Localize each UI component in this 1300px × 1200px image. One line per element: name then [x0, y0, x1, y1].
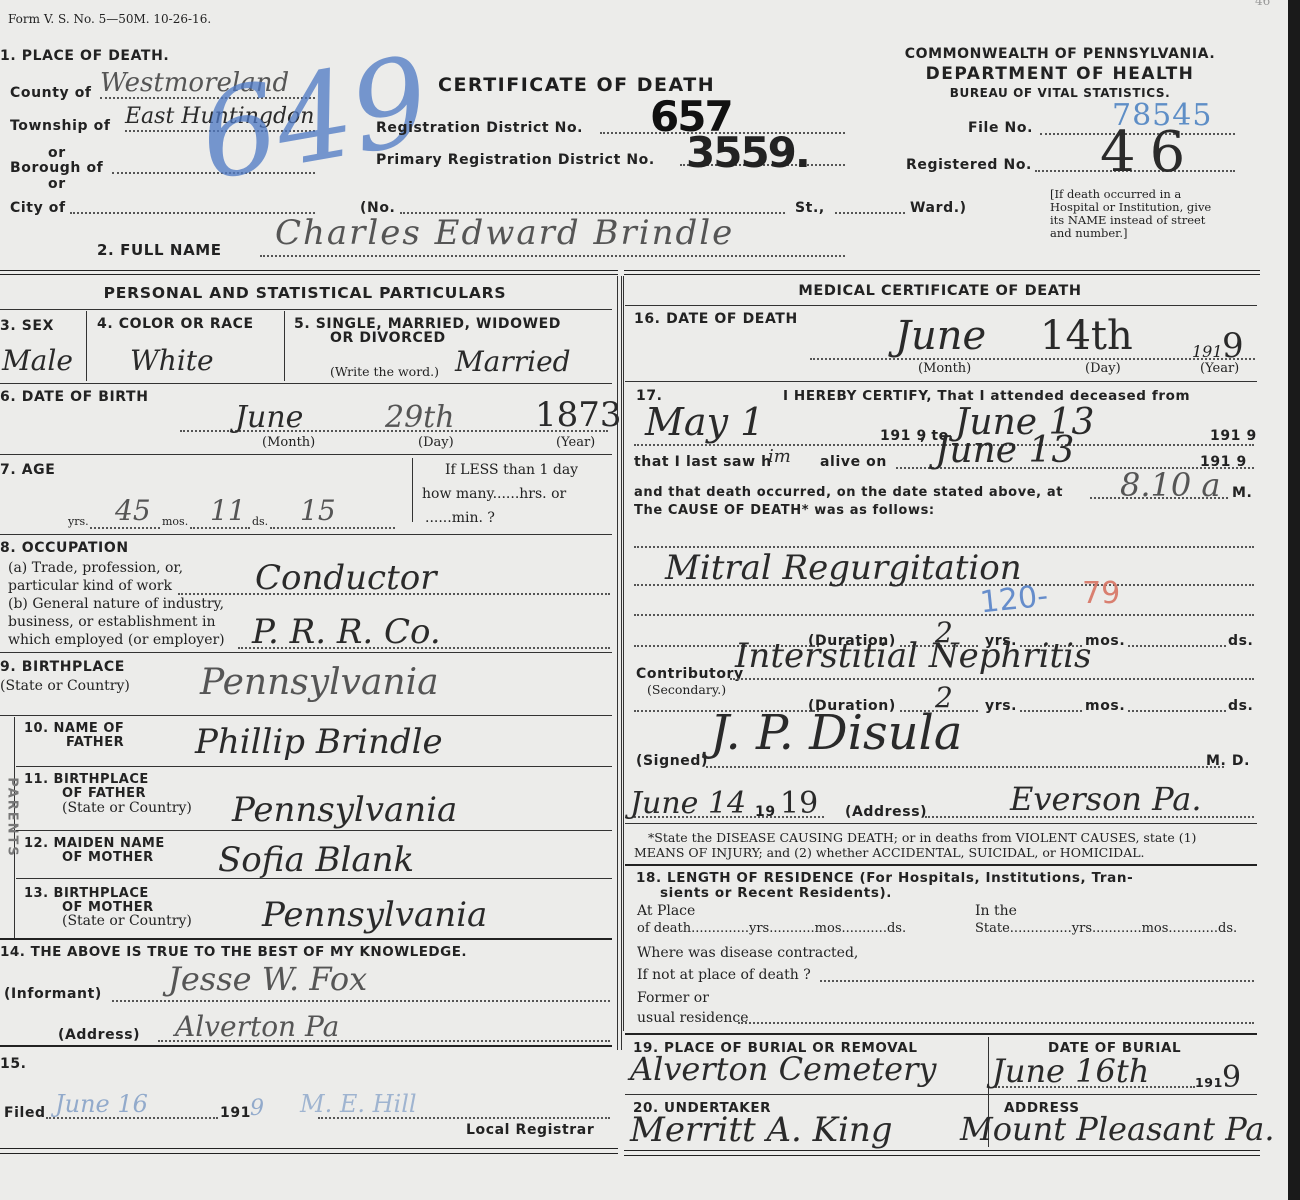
death-certificate: Form V. S. No. 5—50M. 10-26-16. 1. PLACE…	[0, 0, 1288, 1200]
mother-name-value[interactable]: Sofia Blank	[218, 840, 414, 880]
father-name-label-2: FATHER	[66, 735, 124, 750]
former-residence-label-2: usual residence	[637, 1010, 749, 1026]
father-birthplace-value[interactable]: Pennsylvania	[232, 790, 457, 830]
father-birthplace-label-1: 11. BIRTHPLACE	[24, 772, 149, 787]
cause-label: The CAUSE OF DEATH* was as follows:	[634, 503, 935, 518]
mother-name-label-1: 12. MAIDEN NAME	[24, 836, 165, 851]
at-place-label-2[interactable]: of death..............yrs...........mos.…	[637, 921, 906, 936]
ward-label: Ward.)	[910, 200, 967, 216]
mother-birthplace-hint: (State or Country)	[62, 913, 192, 929]
township-label: Township of	[10, 118, 111, 134]
last-saw-label: that I last saw h	[634, 454, 772, 470]
contracted-label-1: Where was disease contracted,	[637, 945, 858, 961]
full-name-value[interactable]: Charles Edward Brindle	[275, 213, 734, 253]
father-birthplace-hint: (State or Country)	[62, 800, 192, 816]
dod-day[interactable]: 14th	[1040, 313, 1133, 359]
residence-label-1: 18. LENGTH OF RESIDENCE (For Hospitals, …	[636, 870, 1133, 886]
physician-address[interactable]: Everson Pa.	[1010, 780, 1201, 818]
race-label: 4. COLOR OR RACE	[97, 316, 254, 332]
burial-date-value[interactable]: June 16th	[992, 1052, 1149, 1090]
age-days[interactable]: 15	[300, 494, 336, 527]
occupation-b-label-2: business, or establishment in	[8, 614, 216, 630]
occupation-label: 8. OCCUPATION	[0, 540, 129, 556]
father-birthplace-label-2: OF FATHER	[62, 786, 146, 801]
md-label: M. D.	[1206, 753, 1250, 769]
mother-birthplace-label-1: 13. BIRTHPLACE	[24, 886, 149, 901]
informant-address-label: (Address)	[58, 1027, 140, 1043]
marital-hint: (Write the word.)	[330, 364, 439, 379]
primary-ds-caption: ds.	[1228, 633, 1253, 649]
at-place-label-1: At Place	[637, 903, 695, 919]
signed-year-prefix: 19	[755, 804, 776, 820]
or-text: or	[48, 145, 66, 161]
hospital-note: [If death occurred in a Hospital or Inst…	[1050, 188, 1220, 240]
physician-signature[interactable]: J. P. Disula	[710, 705, 962, 761]
dob-day[interactable]: 29th	[385, 400, 455, 435]
parents-side-label: PARENTS	[5, 777, 20, 857]
burial-year-suffix[interactable]: 9	[1222, 1060, 1241, 1095]
dob-label: 6. DATE OF BIRTH	[0, 389, 149, 405]
signed-date[interactable]: June 14	[630, 786, 746, 821]
month-caption: (Month)	[262, 435, 315, 450]
occupation-b-label-3: which employed (or employer)	[8, 632, 225, 648]
birthplace-hint: (State or Country)	[0, 678, 130, 694]
form-id: Form V. S. No. 5—50M. 10-26-16.	[8, 12, 211, 26]
in-state-label-2[interactable]: State...............yrs............mos..…	[975, 921, 1237, 936]
section-15-label: 15.	[0, 1056, 27, 1072]
footnote-2: MEANS OF INJURY; and (2) whether ACCIDEN…	[634, 845, 1145, 860]
place-of-death-heading: 1. PLACE OF DEATH.	[0, 48, 169, 64]
filed-date-value[interactable]: June 16	[55, 1090, 148, 1118]
employer-value[interactable]: P. R. R. Co.	[252, 612, 441, 652]
race-value[interactable]: White	[130, 344, 214, 377]
less-than-day-1: If LESS than 1 day	[445, 462, 578, 478]
cause-contributory[interactable]: Interstitial Nephritis	[735, 636, 1092, 676]
mother-birthplace-value[interactable]: Pennsylvania	[262, 895, 487, 935]
secondary-label: (Secondary.)	[647, 682, 726, 697]
undertaker-value[interactable]: Merritt A. King	[630, 1110, 893, 1150]
attended-from-date[interactable]: May 1	[645, 400, 764, 444]
ds-caption: ds.	[252, 515, 268, 528]
filed-year-suffix[interactable]: 9	[250, 1096, 264, 1121]
index-code-blue: 120-	[978, 579, 1049, 621]
yrs-caption: yrs.	[68, 515, 89, 528]
dob-month[interactable]: June	[235, 400, 303, 435]
corner-mark: 46	[1255, 0, 1270, 8]
full-name-label: 2. FULL NAME	[97, 241, 222, 259]
birthplace-value[interactable]: Pennsylvania	[200, 662, 439, 703]
informant-label: (Informant)	[4, 986, 102, 1002]
dod-year-prefix: 191	[1192, 342, 1223, 361]
agency-line-1: COMMONWEALTH OF PENNSYLVANIA.	[895, 46, 1225, 62]
personal-section-title: PERSONAL AND STATISTICAL PARTICULARS	[0, 284, 610, 302]
or-text: or	[48, 176, 66, 192]
less-than-day-3: ......min. ?	[425, 510, 495, 526]
signed-year-suffix[interactable]: 19	[780, 786, 818, 821]
marital-value[interactable]: Married	[455, 345, 571, 378]
informant-address-value[interactable]: Alverton Pa	[175, 1010, 339, 1043]
in-state-label-1: In the	[975, 903, 1017, 919]
dod-month[interactable]: June	[895, 313, 986, 359]
death-time-label: and that death occurred, on the date sta…	[634, 485, 1063, 500]
last-saw-date[interactable]: June 13	[935, 430, 1074, 471]
contributory-label: Contributory	[636, 666, 744, 682]
occupation-b-label-1: (b) General nature of industry,	[8, 596, 224, 612]
occupation-a-label-2: particular kind of work	[8, 578, 172, 594]
city-label: City of	[10, 200, 66, 216]
dod-year-caption: (Year)	[1200, 361, 1239, 376]
scan-edge	[1288, 0, 1300, 1200]
local-registrar-label: Local Registrar	[466, 1122, 594, 1138]
dod-label: 16. DATE OF DEATH	[634, 311, 798, 327]
attended-to-year[interactable]: 191 9	[1210, 428, 1257, 444]
occupation-value[interactable]: Conductor	[255, 558, 436, 598]
signed-label: (Signed)	[636, 753, 708, 769]
sex-value[interactable]: Male	[2, 344, 73, 377]
last-saw-pronoun[interactable]: im	[768, 446, 791, 467]
contributory-ds-caption: ds.	[1228, 698, 1253, 714]
marital-label-2: OR DIVORCED	[330, 330, 446, 346]
sex-label: 3. SEX	[0, 318, 54, 334]
mos-caption: mos.	[162, 515, 188, 528]
burial-place-value[interactable]: Alverton Cemetery	[630, 1050, 936, 1088]
mother-name-label-2: OF MOTHER	[62, 850, 154, 865]
age-months[interactable]: 11	[210, 494, 246, 527]
occupation-a-label-1: (a) Trade, profession, or,	[8, 560, 183, 576]
year-caption: (Year)	[556, 435, 595, 450]
cause-primary[interactable]: Mitral Regurgitation	[665, 548, 1022, 588]
st-label: St.,	[795, 200, 825, 216]
file-no-label: File No.	[968, 120, 1033, 136]
birthplace-label: 9. BIRTHPLACE	[0, 659, 125, 675]
medical-section-title: MEDICAL CERTIFICATE OF DEATH	[625, 283, 1255, 299]
m-label: M.	[1232, 485, 1252, 501]
borough-label: Borough of	[10, 160, 103, 176]
time-of-death[interactable]: 8.10 a	[1120, 466, 1221, 504]
less-than-day-2: how many......hrs. or	[422, 486, 566, 502]
undertaker-address-value[interactable]: Mount Pleasant Pa.	[960, 1110, 1275, 1148]
residence-label-2: sients or Recent Residents).	[660, 885, 892, 901]
informant-value[interactable]: Jesse W. Fox	[168, 960, 367, 998]
primary-district-no: 3559.	[686, 128, 809, 177]
father-name-value[interactable]: Phillip Brindle	[195, 722, 443, 762]
dod-month-caption: (Month)	[918, 361, 971, 376]
informant-statement: 14. THE ABOVE IS TRUE TO THE BEST OF MY …	[0, 944, 467, 960]
registered-no-label: Registered No.	[906, 157, 1032, 173]
contributory-mos-caption: mos.	[1085, 698, 1125, 714]
father-name-label-1: 10. NAME OF	[24, 721, 124, 736]
dob-year[interactable]: 1873	[535, 395, 622, 435]
filed-label: Filed	[4, 1105, 46, 1121]
registrar-signature[interactable]: M. E. Hill	[300, 1090, 417, 1118]
county-label: County of	[10, 85, 92, 101]
physician-address-label: (Address)	[845, 804, 927, 820]
alive-on-label: alive on	[820, 454, 887, 470]
contracted-label-2: If not at place of death ?	[637, 967, 811, 983]
dod-year-suffix[interactable]: 9	[1222, 326, 1244, 366]
age-label: 7. AGE	[0, 462, 55, 478]
registration-district-label: Registration District No.	[376, 120, 583, 136]
primary-district-label: Primary Registration District No.	[376, 152, 655, 168]
footnote-1: *State the DISEASE CAUSING DEATH; or in …	[648, 830, 1196, 845]
registered-no-value[interactable]: 46	[1100, 120, 1199, 185]
day-caption: (Day)	[418, 435, 454, 450]
contributory-yrs-caption: yrs.	[985, 698, 1017, 714]
former-residence-label-1: Former or	[637, 990, 709, 1006]
agency-line-2: DEPARTMENT OF HEALTH	[895, 64, 1225, 84]
age-years[interactable]: 45	[115, 494, 151, 527]
dod-day-caption: (Day)	[1085, 361, 1121, 376]
index-code-red: 79	[1082, 576, 1120, 611]
burial-year-prefix: 191	[1195, 1075, 1223, 1090]
filed-year-prefix: 191	[220, 1105, 251, 1121]
